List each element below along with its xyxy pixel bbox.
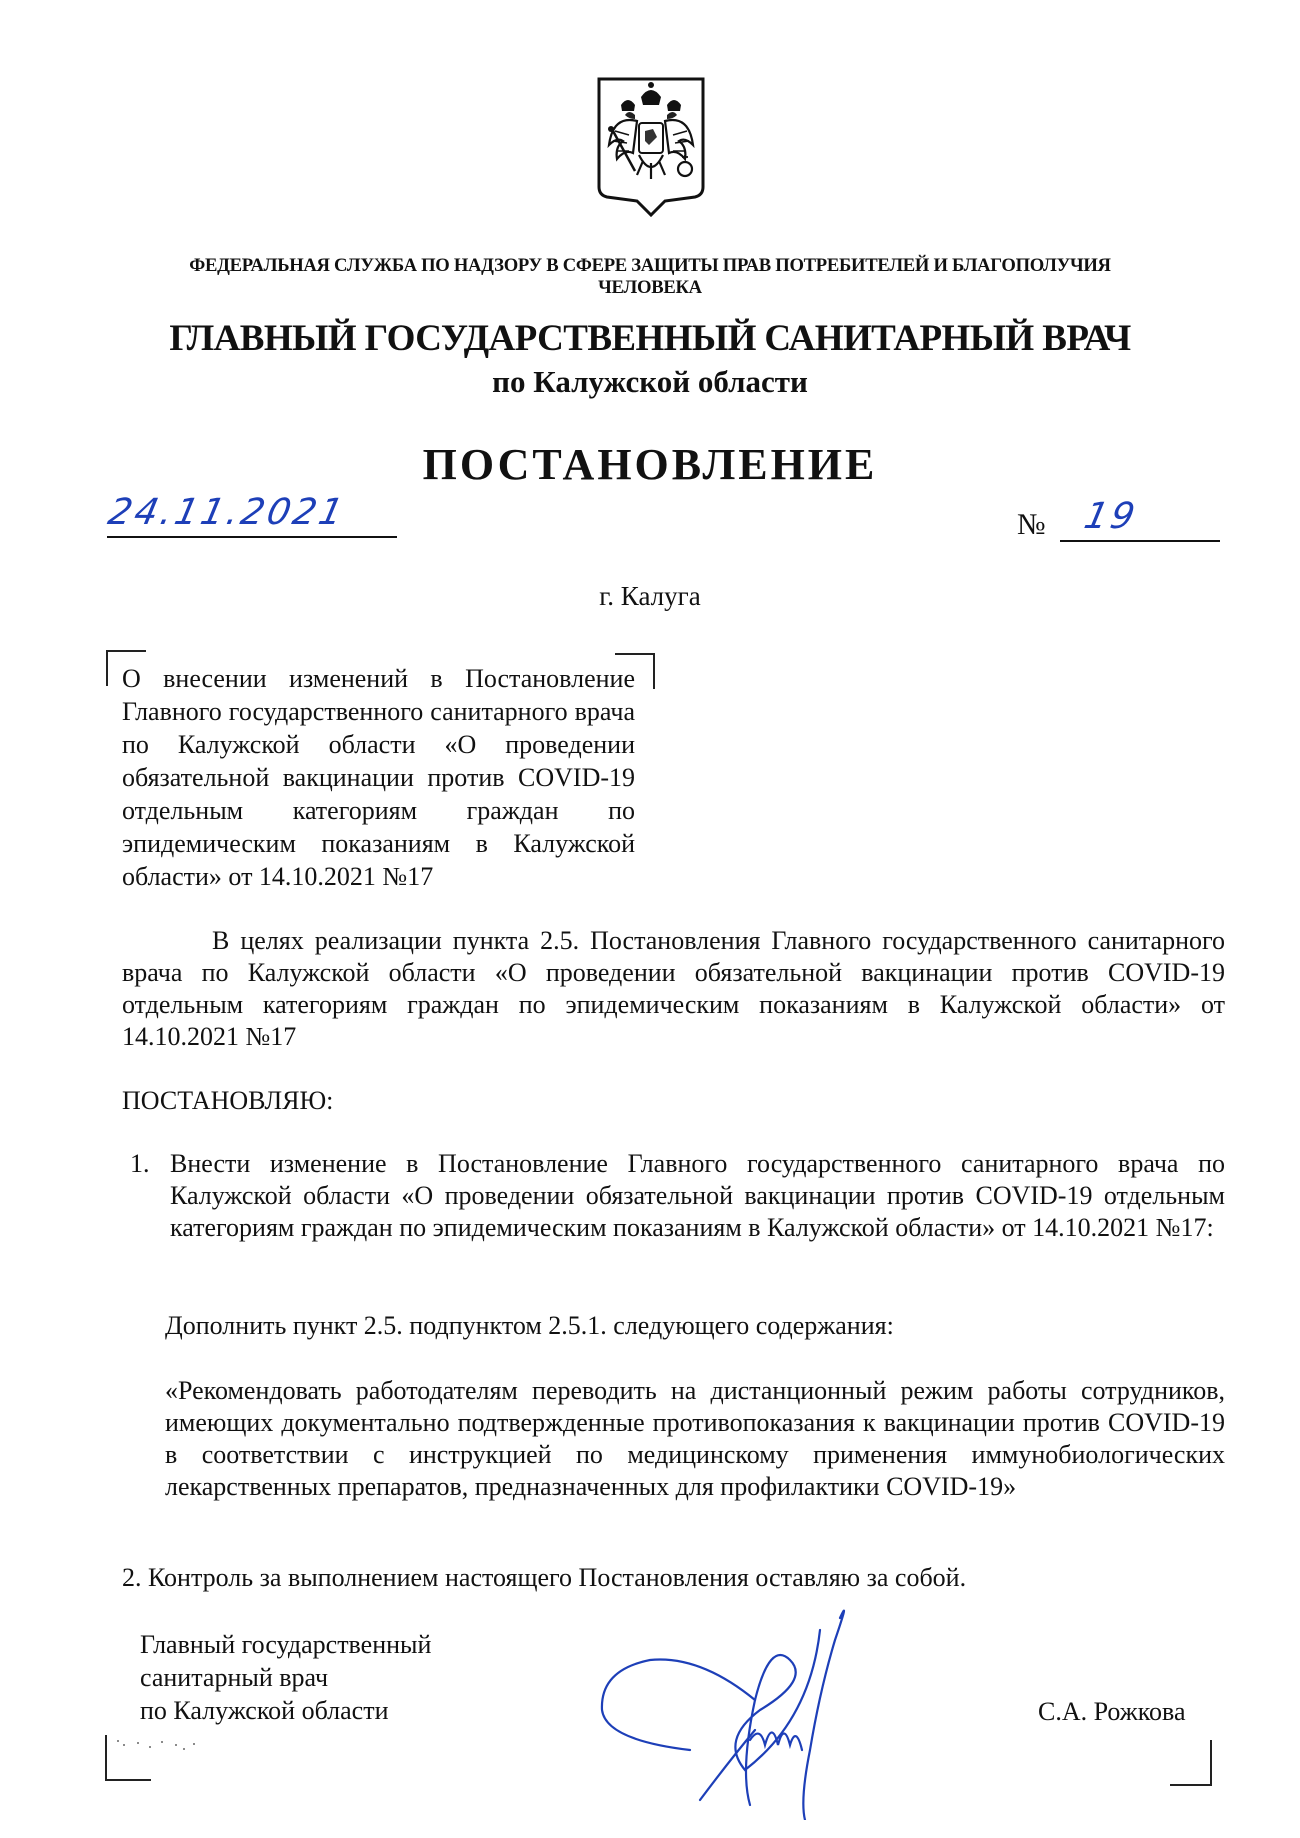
item-2-text: 2. Контроль за выполнением настоящего По… xyxy=(122,1562,1225,1594)
city: г. Калуга xyxy=(60,580,1240,612)
item-1-number: 1. xyxy=(130,1148,150,1180)
chief-title: ГЛАВНЫЙ ГОСУДАРСТВЕННЫЙ САНИТАРНЫЙ ВРАЧ xyxy=(60,318,1240,360)
document-number: 19 xyxy=(1081,496,1142,537)
signer-title: Главный государственный санитарный врач … xyxy=(140,1628,431,1727)
item-1-supplement: Дополнить пункт 2.5. подпунктом 2.5.1. с… xyxy=(165,1310,1225,1342)
item-1-text: Внести изменение в Постановление Главног… xyxy=(170,1148,1225,1244)
region-title: по Калужской области xyxy=(60,362,1240,402)
document-type-title: ПОСТАНОВЛЕНИЕ xyxy=(60,440,1240,490)
handwritten-signature-icon xyxy=(580,1600,940,1820)
document-number-label: № xyxy=(1017,508,1046,542)
preamble-paragraph: В целях реализации пункта 2.5. Постановл… xyxy=(122,925,1225,1053)
bottom-left-bracket xyxy=(105,1735,151,1781)
signer-name: С.А. Рожкова xyxy=(1038,1696,1186,1728)
document-date-field: 24.11.2021 xyxy=(107,492,397,538)
document-number-field: 19 xyxy=(1060,494,1220,542)
agency-name-line1: ФЕДЕРАЛЬНАЯ СЛУЖБА ПО НАДЗОРУ В СФЕРЕ ЗА… xyxy=(91,255,1208,277)
agency-name-line2: ЧЕЛОВЕКА xyxy=(91,277,1208,299)
item-1-quote: «Рекомендовать работодателям переводить … xyxy=(165,1375,1225,1503)
bottom-right-bracket xyxy=(1170,1740,1212,1786)
resolve-heading: ПОСТАНОВЛЯЮ: xyxy=(122,1085,333,1117)
agency-name: ФЕДЕРАЛЬНАЯ СЛУЖБА ПО НАДЗОРУ В СФЕРЕ ЗА… xyxy=(91,255,1208,299)
signer-title-line2: санитарный врач xyxy=(140,1661,431,1694)
document-subject: О внесении изменений в Постановление Гла… xyxy=(122,662,635,893)
signer-title-line3: по Калужской области xyxy=(140,1694,431,1727)
signer-title-line1: Главный государственный xyxy=(140,1628,431,1661)
document-date: 24.11.2021 xyxy=(105,492,350,533)
coat-of-arms-icon xyxy=(595,75,707,217)
